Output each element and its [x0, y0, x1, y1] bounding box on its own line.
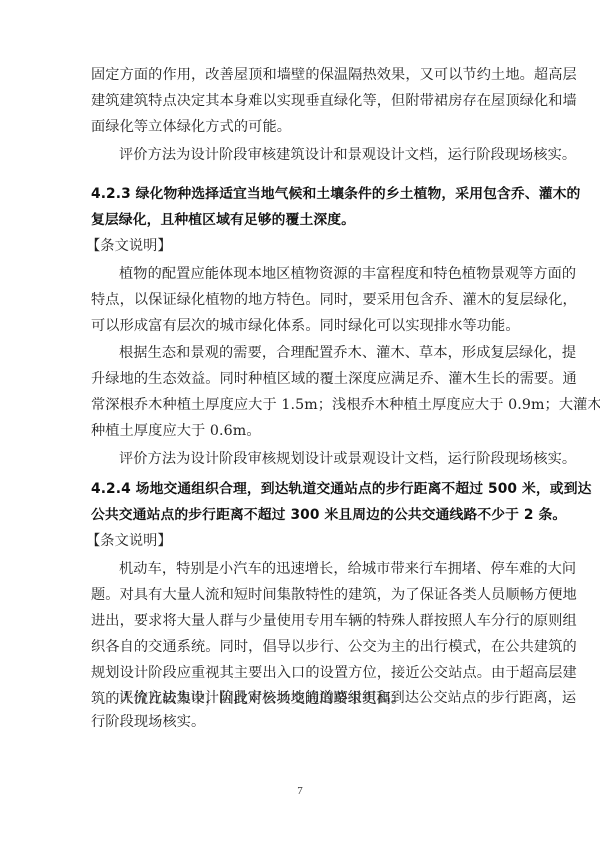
body-text-line: 特点，以保证绿化植物的地方特色。同时，要采用包含乔、灌木的复层绿化， [91, 291, 531, 309]
clause-heading-4-2-4: 4.2.4 场地交通组织合理，到达轨道交通站点的步行距离不超过 500 米，或到… [91, 480, 531, 498]
body-text-line: 织各自的交通系统。同时，倡导以步行、公交为主的出行模式，在公共建筑的 [91, 638, 531, 656]
body-text-line: 固定方面的作用，改善屋顶和墙壁的保温隔热效果，又可以节约土地。超高层 [91, 66, 531, 84]
evaluation-method-text: 评价方法为设计阶段审核场地的道路组织和到达公交站点的步行距离，运 [119, 689, 531, 707]
page-number: 7 [0, 785, 600, 797]
clause-heading-4-2-4-cont: 公共交通站点的步行距离不超过 300 米且周边的公共交通线路不少于 2 条。 [91, 506, 531, 524]
body-text-line: 可以形成富有层次的城市绿化体系。同时绿化可以实现排水等功能。 [91, 317, 531, 335]
explanation-label: 【条文说明】 [86, 237, 526, 255]
body-text-line: 种植土厚度应大于 0.6m。 [91, 422, 531, 440]
body-text-line: 常深根乔木种植土厚度应大于 1.5m；浅根乔木种植土厚度应大于 0.9m；大灌木 [91, 396, 531, 414]
body-text-line: 植物的配置应能体现本地区植物资源的丰富程度和特色植物景观等方面的 [119, 265, 531, 283]
body-text-line: 建筑建筑特点决定其本身难以实现垂直绿化等，但附带裙房存在屋顶绿化和墙 [91, 92, 531, 110]
body-text-line: 面绿化等立体绿化方式的可能。 [91, 118, 531, 136]
explanation-label: 【条文说明】 [86, 532, 526, 550]
body-text-line: 根据生态和景观的需要，合理配置乔木、灌木、草本，形成复层绿化，提 [119, 344, 531, 362]
document-page: 固定方面的作用，改善屋顶和墙壁的保温隔热效果，又可以节约土地。超高层 建筑建筑特… [0, 0, 600, 848]
clause-heading-4-2-3-cont: 复层绿化，且种植区域有足够的覆土深度。 [91, 211, 531, 229]
body-text-line: 升绿地的生态效益。同时种植区域的覆土深度应满足乔、灌木生长的需要。通 [91, 370, 531, 388]
evaluation-method-text-cont: 行阶段现场核实。 [91, 713, 531, 731]
clause-heading-4-2-3: 4.2.3 绿化物种选择适宜当地气候和土壤条件的乡土植物，采用包含乔、灌木的 [91, 185, 531, 203]
evaluation-method-text: 评价方法为设计阶段审核规划设计或景观设计文档，运行阶段现场核实。 [119, 450, 531, 468]
evaluation-method-text: 评价方法为设计阶段审核建筑设计和景观设计文档，运行阶段现场核实。 [119, 146, 531, 164]
body-text-line: 进出，要求将大量人群与少量使用专用车辆的特殊人群按照人车分行的原则组 [91, 612, 531, 630]
body-text-line: 机动车，特别是小汽车的迅速增长，给城市带来行车拥堵、停车难的大问 [119, 560, 531, 578]
body-text-line: 规划设计阶段应重视其主要出入口的设置方位，接近公交站点。由于超高层建 [91, 664, 531, 682]
body-text-line: 题。对具有大量人流和短时间集散特性的建筑，为了保证各类人员顺畅方便地 [91, 586, 531, 604]
